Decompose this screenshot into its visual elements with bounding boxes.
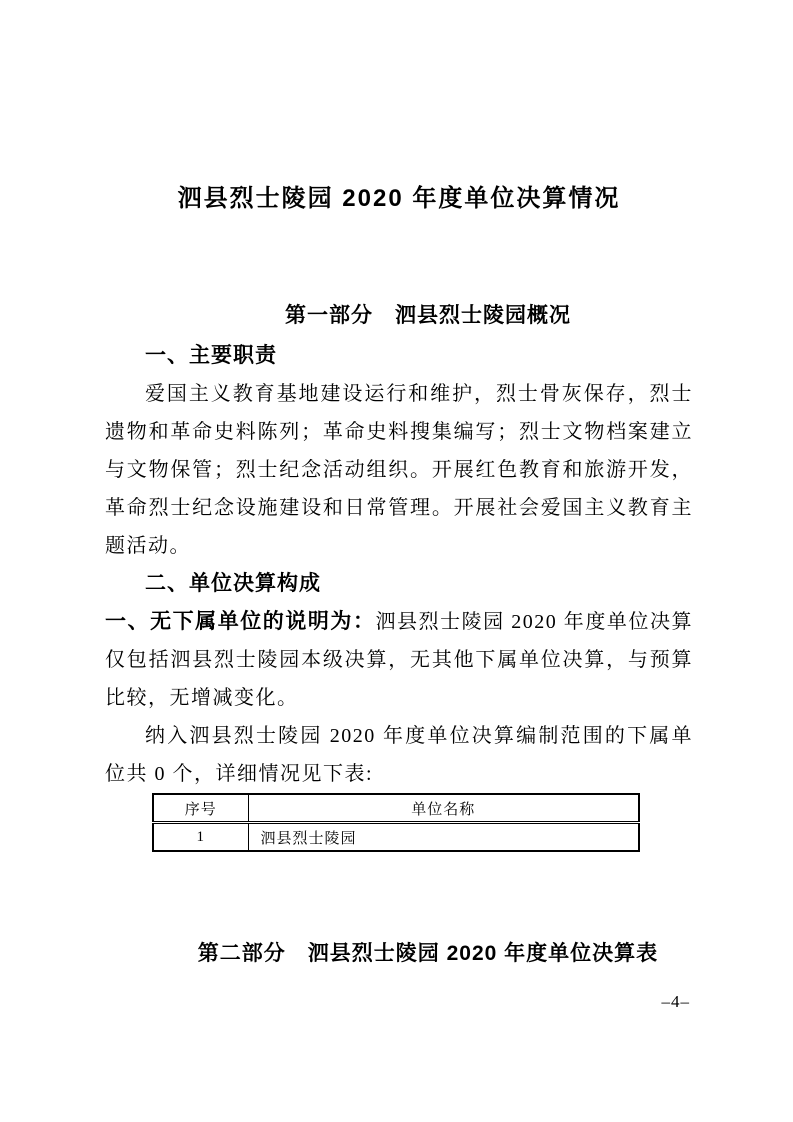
- table-header-index: 序号: [153, 794, 248, 823]
- part1-body: 一、主要职责 爱国主义教育基地建设运行和维护，烈士骨灰保存，烈士遗物和革命史料陈…: [105, 337, 693, 852]
- table-row: 1 泗县烈士陵园: [153, 823, 639, 852]
- document-page: 泗县烈士陵园 2020 年度单位决算情况 第一部分 泗县烈士陵园概况 一、主要职…: [0, 0, 793, 1122]
- table-cell-index: 1: [153, 823, 248, 852]
- no-subunit-label: 一、无下属单位的说明为：: [105, 610, 375, 633]
- part2-heading: 第二部分 泗县烈士陵园 2020 年度单位决算表: [105, 941, 693, 967]
- document-title: 泗县烈士陵园 2020 年度单位决算情况: [105, 185, 693, 213]
- table-header-unit-name: 单位名称: [248, 794, 639, 823]
- section1-heading: 一、主要职责: [105, 337, 693, 375]
- scope-paragraph: 纳入泗县烈士陵园 2020 年度单位决算编制范围的下属单位共 0 个，详细情况见…: [105, 717, 693, 793]
- table-header-row: 序号 单位名称: [153, 794, 639, 823]
- part1-heading: 第一部分 泗县烈士陵园概况: [105, 303, 693, 329]
- section1-paragraph: 爱国主义教育基地建设运行和维护，烈士骨灰保存，烈士遗物和革命史料陈列；革命史料搜…: [105, 375, 693, 565]
- table-cell-unit-name: 泗县烈士陵园: [248, 823, 639, 852]
- page-number: –4–: [662, 992, 691, 1012]
- section2-heading: 二、单位决算构成: [105, 565, 693, 603]
- no-subunit-paragraph: 一、无下属单位的说明为：泗县烈士陵园 2020 年度单位决算仅包括泗县烈士陵园本…: [105, 603, 693, 717]
- subordinate-units-table: 序号 单位名称 1 泗县烈士陵园: [152, 793, 640, 852]
